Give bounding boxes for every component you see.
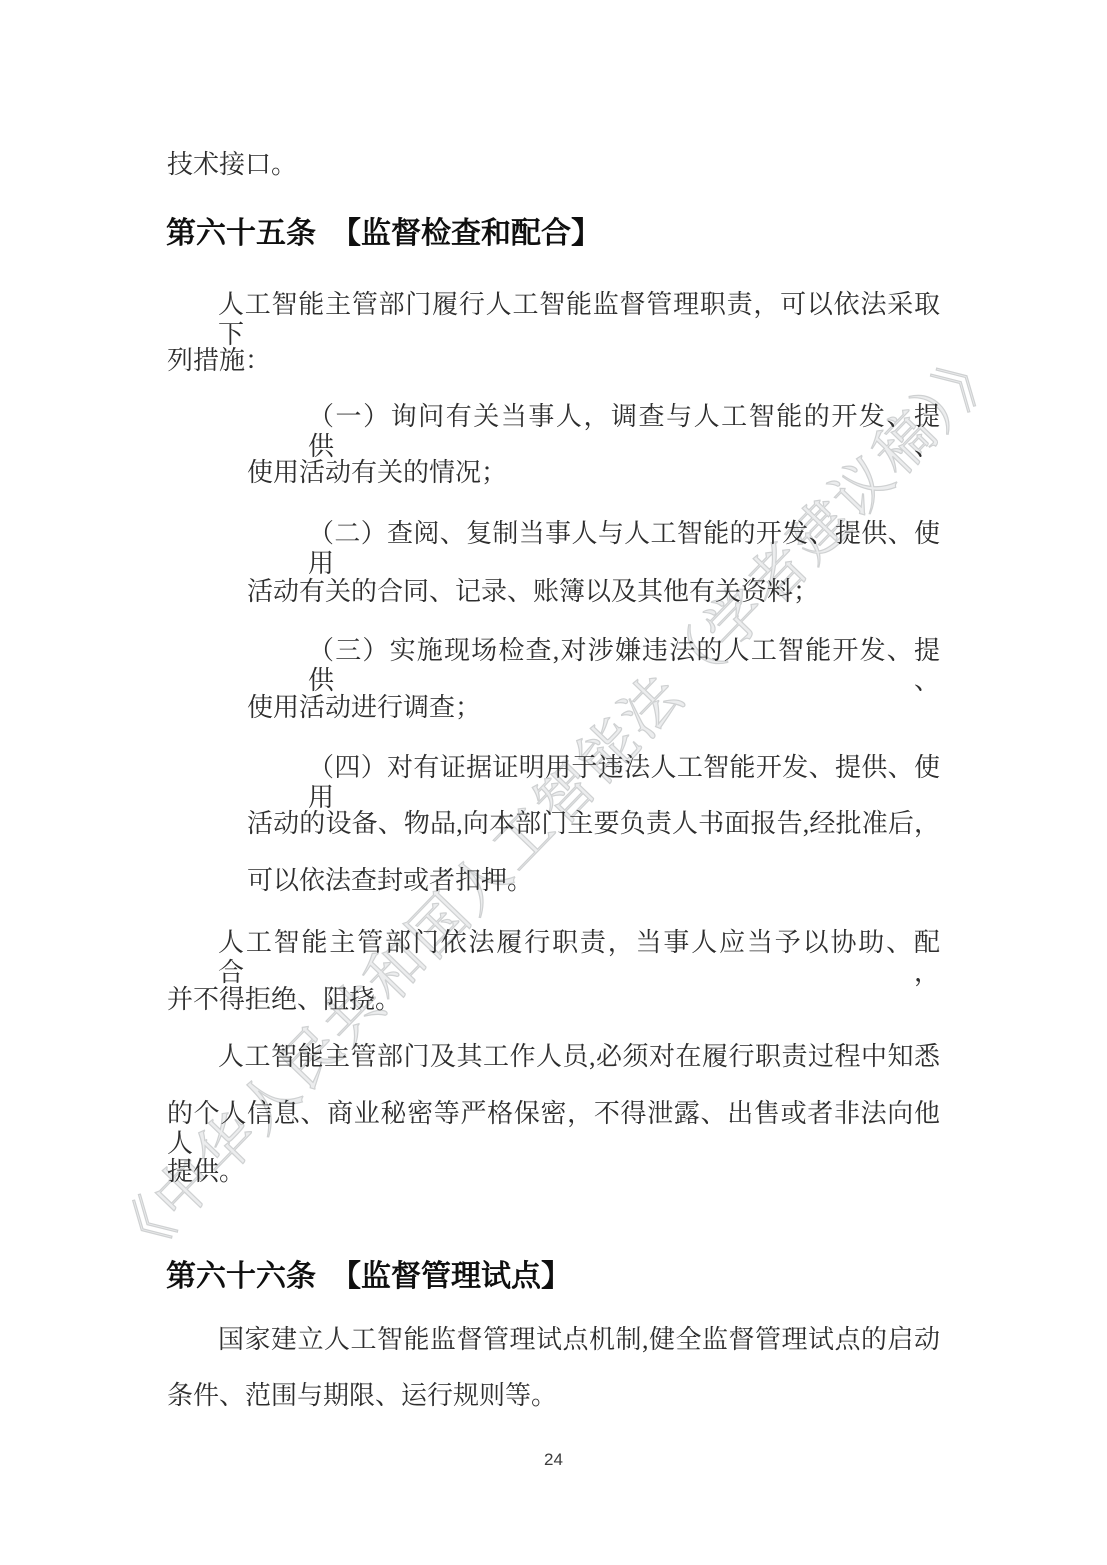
article-heading: 第六十五条 【监督检查和配合】: [166, 219, 601, 249]
body-line: 技术接口。: [167, 150, 297, 180]
body-line: 人工智能主管部门及其工作人员,必须对在履行职责过程中知悉: [218, 1042, 940, 1072]
list-item-line: 使用活动有关的情况；: [247, 458, 507, 488]
list-item-line: （一）询问有关当事人，调查与人工智能的开发、提供、: [308, 402, 940, 462]
body-line: 条件、范围与期限、运行规则等。: [167, 1381, 557, 1411]
body-line: 提供。: [167, 1157, 245, 1187]
list-item-line: （二）查阅、复制当事人与人工智能的开发、提供、使用: [308, 519, 940, 579]
list-item-line: 活动有关的合同、记录、账簿以及其他有关资料；: [247, 577, 819, 607]
body-line: 的个人信息、商业秘密等严格保密，不得泄露、出售或者非法向他人: [167, 1099, 940, 1159]
list-item-line: （三）实施现场检查,对涉嫌违法的人工智能开发、提供、: [308, 636, 940, 696]
body-line: 并不得拒绝、阻挠。: [167, 985, 401, 1015]
list-item-line: （四）对有证据证明用于违法人工智能开发、提供、使用: [308, 753, 940, 813]
page-number: 24: [167, 1450, 940, 1470]
body-line: 人工智能主管部门依法履行职责，当事人应当予以协助、配合，: [218, 928, 940, 988]
list-item-line: 使用活动进行调查；: [247, 693, 481, 723]
document-page: 《中华人民共和国人工智能法（学者建议稿）》 技术接口。 第六十五条 【监督检查和…: [0, 0, 1107, 1565]
article-heading: 第六十六条 【监督管理试点】: [166, 1262, 571, 1292]
body-line: 列措施：: [167, 346, 271, 376]
list-item-line: 可以依法查封或者扣押。: [247, 866, 533, 896]
body-line: 国家建立人工智能监督管理试点机制,健全监督管理试点的启动: [218, 1325, 940, 1355]
list-item-line: 活动的设备、物品,向本部门主要负责人书面报告,经批准后，: [247, 809, 940, 839]
body-line: 人工智能主管部门履行人工智能监督管理职责，可以依法采取下: [218, 290, 940, 350]
